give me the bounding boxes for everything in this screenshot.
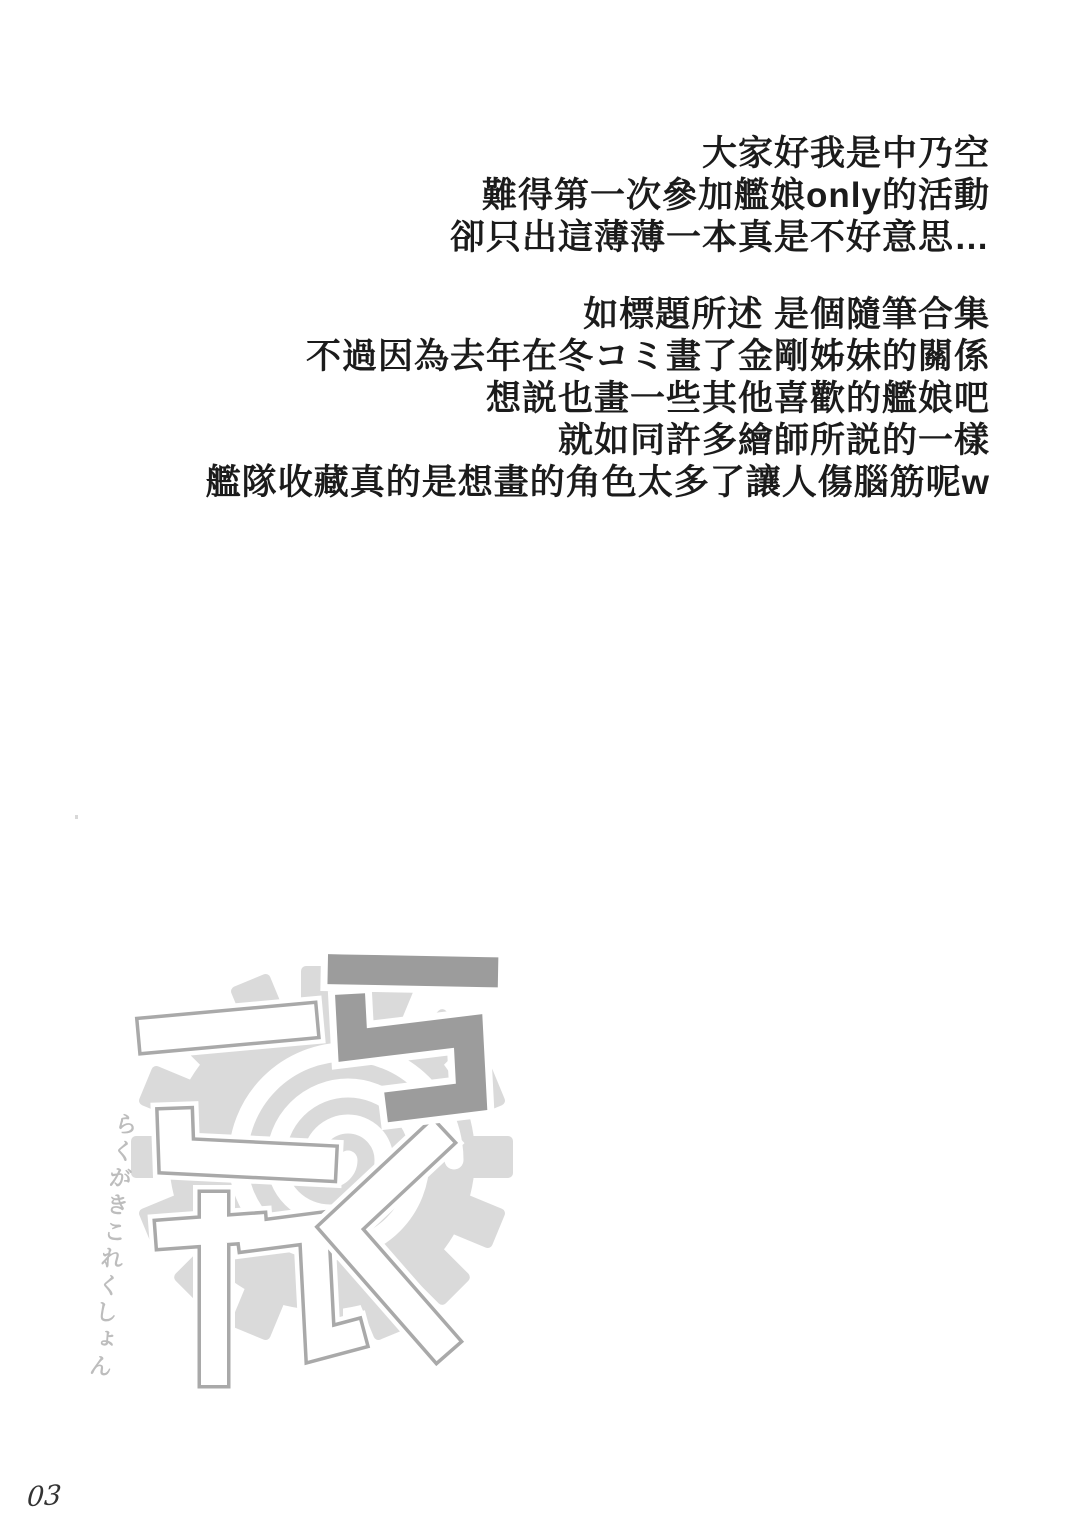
afterword-line: 不過因為去年在冬コミ畫了金剛姊妹的關係	[0, 336, 990, 378]
afterword-line: 想説也畫一些其他喜歡的艦娘吧	[0, 378, 990, 420]
afterword-line: 大家好我是中乃空	[0, 133, 990, 175]
logo-graphic	[90, 930, 650, 1490]
afterword-line: 難得第一次參加艦娘only的活動	[0, 175, 990, 217]
afterword-paragraph-1: 大家好我是中乃空 難得第一次參加艦娘only的活動 卻只出這薄薄一本真是不好意思…	[0, 133, 990, 259]
page-number: 03	[26, 1480, 62, 1514]
rakukore-logo: らくこれ	[90, 930, 650, 1490]
afterword-line: 就如同許多繪師所説的一樣	[0, 420, 990, 462]
scanned-doujin-afterword-page: 大家好我是中乃空 難得第一次參加艦娘only的活動 卻只出這薄薄一本真是不好意思…	[0, 0, 1075, 1518]
afterword-line: 艦隊收藏真的是想畫的角色太多了讓人傷腦筋呢w	[0, 462, 990, 504]
afterword-line: 卻只出這薄薄一本真是不好意思…	[0, 217, 990, 259]
scan-speck	[75, 815, 78, 819]
afterword-paragraph-2: 如標題所述 是個隨筆合集 不過因為去年在冬コミ畫了金剛姊妹的關係 想説也畫一些其…	[0, 294, 990, 504]
afterword-line: 如標題所述 是個隨筆合集	[0, 294, 990, 336]
